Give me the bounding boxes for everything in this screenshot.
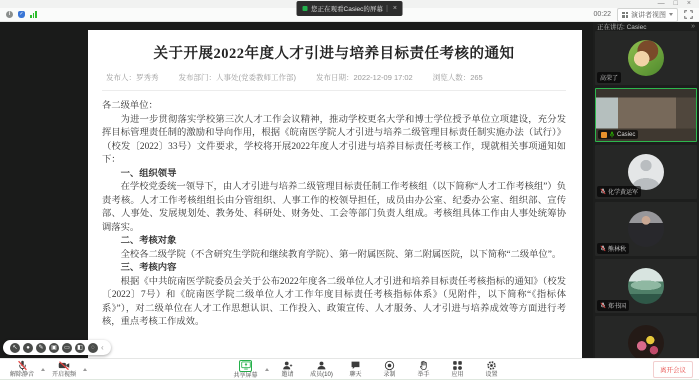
eraser-icon[interactable]: ◌: [88, 343, 98, 353]
record-label: 录制: [383, 372, 395, 378]
record-icon: [384, 360, 395, 371]
screen-share-banner-text: 您正在观看Casiec的屏幕: [311, 4, 383, 13]
main-area: 关于开展2022年度人才引进与培养目标责任考核的通知 发布人：罗秀秀 发布部门：…: [0, 22, 699, 358]
avatar: [628, 40, 664, 76]
section-heading-1: 一、组织领导: [102, 168, 566, 182]
chevron-up-icon[interactable]: [83, 368, 87, 371]
settings-label: 设置: [485, 372, 497, 378]
salutation: 各二级单位：: [102, 100, 566, 114]
meeting-window: — □ × 您正在观看Casiec的屏幕 × i ✓ 00:22 演讲者视图: [0, 0, 699, 380]
start-video-label: 开启视频: [52, 372, 76, 378]
avatar: [628, 211, 664, 247]
shared-screen-stage: 关于开展2022年度人才引进与培养目标责任考核的通知 发布人：罗秀秀 发布部门：…: [0, 22, 593, 358]
unmute-label: 解除静音: [10, 372, 34, 378]
bottom-control-bar: 解除静音 开启视频: [0, 358, 699, 380]
share-screen-label: 共享屏幕: [233, 373, 257, 379]
invite-button[interactable]: 邀请: [272, 360, 304, 378]
mic-on-icon: [609, 131, 615, 138]
fullscreen-icon[interactable]: [684, 10, 693, 19]
participant-tile[interactable]: 熊林秋: [595, 202, 697, 256]
chevron-up-icon[interactable]: [265, 368, 269, 371]
participant-name-chip: 化学黄运军: [597, 186, 641, 197]
section-paragraph-1: 在学校党委统一领导下，由人才引进与培养二级管理目标责任制工作考核组（以下简称“人…: [102, 181, 566, 235]
members-label: 成员(10): [310, 372, 333, 378]
collapse-toolbar-icon[interactable]: ‹: [101, 343, 104, 353]
chat-button[interactable]: 聊天: [340, 360, 372, 378]
mic-muted-icon: [17, 360, 28, 371]
section-heading-3: 三、考核内容: [102, 262, 566, 276]
pen-icon[interactable]: ✎: [36, 343, 46, 353]
participant-tile[interactable]: 高荣了: [595, 31, 697, 85]
settings-button[interactable]: 设置: [476, 360, 508, 378]
mic-muted-icon: [600, 302, 606, 309]
unmute-button[interactable]: 解除静音: [6, 360, 38, 378]
leave-meeting-button[interactable]: 离开会议: [653, 361, 693, 378]
share-screen-icon: [239, 360, 252, 372]
screen-share-indicator-icon: [302, 6, 307, 11]
participant-name-chip: 熊林秋: [597, 243, 629, 254]
sidebar-collapse-icon[interactable]: »: [691, 23, 695, 30]
members-icon: [316, 360, 327, 371]
meeting-actions: 共享屏幕 邀请 成员(10): [230, 360, 508, 379]
speaking-header: 正在讲话: Casiec »: [593, 22, 699, 31]
capture-icon[interactable]: ▣: [49, 343, 59, 353]
participant-tile[interactable]: 郑书国: [595, 259, 697, 313]
participant-name-chip: 高荣了: [597, 72, 621, 83]
network-signal-icon: [30, 11, 37, 18]
participant-tile[interactable]: [595, 316, 697, 358]
chat-label: 聊天: [349, 372, 361, 378]
participant-tile[interactable]: 化学黄运军: [595, 145, 697, 199]
laser-pointer-icon[interactable]: ●: [23, 343, 33, 353]
exit-share-view-icon[interactable]: ×: [387, 5, 397, 12]
participant-tile-active-speaker[interactable]: Casiec: [595, 88, 697, 142]
participant-name: 化学黄运军: [608, 187, 638, 196]
avatar: [628, 325, 664, 358]
settings-gear-icon: [486, 360, 497, 371]
camera-off-icon: [58, 360, 70, 371]
divider: [102, 90, 566, 91]
apps-grid-icon: [452, 360, 463, 371]
participant-name: Casiec: [617, 132, 635, 138]
share-screen-button[interactable]: 共享屏幕: [230, 360, 262, 379]
view-controls: 00:22 演讲者视图: [593, 8, 693, 22]
speaking-label: 正在讲话: Casiec: [597, 22, 646, 31]
avatar: [628, 268, 664, 304]
avatar-placeholder: [628, 154, 664, 190]
publisher: 发布人：罗秀秀: [106, 72, 159, 83]
comment-icon[interactable]: ◧: [75, 343, 85, 353]
raise-hand-icon: [418, 360, 429, 371]
speaker-view-button[interactable]: 演讲者视图: [617, 8, 678, 22]
mic-muted-icon: [600, 188, 606, 195]
meeting-timer: 00:22: [593, 11, 611, 18]
participant-name: 熊林秋: [608, 244, 626, 253]
section-paragraph-3: 根据《中共皖南医学院委员会关于公布2022年度各二级单位人才引进和培养目标责任考…: [102, 276, 566, 330]
document-meta: 发布人：罗秀秀 发布部门：人事处(党委教师工作部) 发布日期：2022-12-0…: [102, 72, 566, 83]
cursor-icon[interactable]: ↖: [10, 343, 20, 353]
meeting-info-icon[interactable]: i: [6, 11, 13, 18]
status-icons: i ✓: [6, 11, 37, 18]
members-button[interactable]: 成员(10): [306, 360, 338, 378]
audio-video-controls: 解除静音 开启视频: [6, 360, 88, 378]
security-shield-icon[interactable]: ✓: [18, 11, 25, 18]
chevron-down-icon: [669, 13, 673, 16]
view-count: 浏览人数：265: [433, 72, 483, 83]
screen-share-banner: 您正在观看Casiec的屏幕 ×: [296, 1, 403, 16]
invite-label: 邀请: [281, 372, 293, 378]
shared-document-page: 关于开展2022年度人才引进与培养目标责任考核的通知 发布人：罗秀秀 发布部门：…: [88, 30, 582, 358]
publish-date: 发布日期：2022-12-09 17:02: [316, 72, 413, 83]
participant-name-chip: 郑书国: [597, 300, 629, 311]
document-body: 各二级单位： 为进一步贯彻落实学校第三次人才工作会议精神，推动学校更名大学和博士…: [102, 100, 566, 330]
chevron-up-icon[interactable]: [41, 368, 45, 371]
participant-name-chip: Casiec: [598, 130, 638, 139]
participant-name: 高荣了: [600, 73, 618, 82]
presenter-icon: [601, 132, 607, 138]
intro-paragraph: 为进一步贯彻落实学校第三次人才工作会议精神，推动学校更名大学和博士学位授予单位立…: [102, 114, 566, 168]
chat-bubble-icon: [350, 360, 361, 371]
apps-label: 应用: [451, 372, 463, 378]
annotation-toolbar: ↖ ● ✎ ▣ ▭ ◧ ◌ ‹: [3, 340, 111, 355]
apps-button[interactable]: 应用: [442, 360, 474, 378]
record-button[interactable]: 录制: [374, 360, 406, 378]
section-paragraph-2: 全校各二级学院（不含研究生学院和继续教育学院）、第一附属医院、第二附属医院，以下…: [102, 249, 566, 263]
mic-muted-icon: [600, 245, 606, 252]
raise-hand-label: 举手: [417, 372, 429, 378]
participant-name: 郑书国: [608, 301, 626, 310]
whiteboard-icon[interactable]: ▭: [62, 343, 72, 353]
speaker-view-label: 演讲者视图: [631, 10, 666, 20]
department: 发布部门：人事处(党委教师工作部): [179, 72, 297, 83]
raise-hand-button[interactable]: 举手: [408, 360, 440, 378]
invite-person-icon: [282, 360, 293, 371]
document-title: 关于开展2022年度人才引进与培养目标责任考核的通知: [102, 42, 566, 63]
layout-grid-icon: [622, 12, 628, 18]
start-video-button[interactable]: 开启视频: [48, 360, 80, 378]
participants-sidebar: 正在讲话: Casiec » 高荣了 Casiec: [593, 22, 699, 358]
section-heading-2: 二、考核对象: [102, 235, 566, 249]
